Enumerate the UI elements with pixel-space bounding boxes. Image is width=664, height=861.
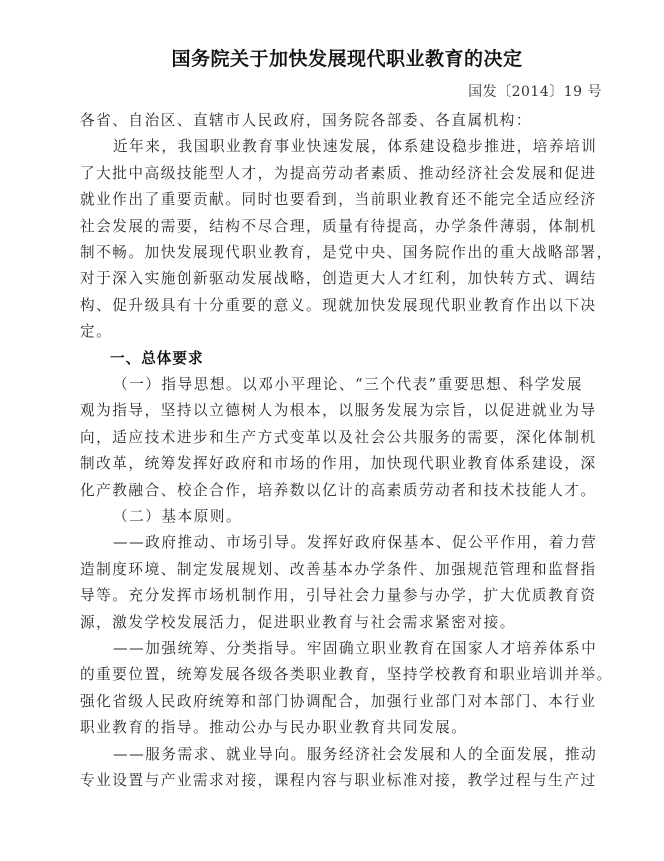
- body-text-line: 构、促升级具有十分重要的意义。现就加快发展现代职业教育作出以下决: [80, 296, 584, 316]
- body-text-line: 化产教融合、校企合作，培养数以亿计的高素质劳动者和技术技能人才。: [80, 481, 584, 501]
- body-text-line: 造制度环境、制定发展规划、改善基本办学条件、加强规范管理和监督指: [80, 560, 584, 580]
- document-title: 国务院关于加快发展现代职业教育的决定: [0, 44, 664, 71]
- body-text-line: ——政府推动、市场引导。发挥好政府保基本、促公平作用，着力营: [113, 533, 584, 553]
- body-text-line: 对于深入实施创新驱动发展战略，创造更大人才红利，加快转方式、调结: [80, 269, 584, 289]
- body-text-line: 制不畅。加快发展现代职业教育，是党中央、国务院作出的重大战略部署，: [80, 243, 584, 263]
- document-number: 国发〔2014〕19 号: [468, 81, 602, 101]
- body-text-line: （二）基本原则。: [113, 507, 584, 527]
- body-text-line: 各省、自治区、直辖市人民政府，国务院各部委、各直属机构：: [80, 111, 584, 131]
- body-text-line: 近年来，我国职业教育事业快速发展，体系建设稳步推进，培养培训: [113, 137, 584, 157]
- body-text-line: ——服务需求、就业导向。服务经济社会发展和人的全面发展，推动: [113, 745, 584, 765]
- body-text-line: ——加强统筹、分类指导。牢固确立职业教育在国家人才培养体系中: [113, 639, 584, 659]
- document-page: 国务院关于加快发展现代职业教育的决定 国发〔2014〕19 号 各省、自治区、直…: [0, 0, 664, 861]
- body-text-line: 职业教育的指导。推动公办与民办职业教育共同发展。: [80, 718, 584, 738]
- body-text-line: 制改革，统筹发挥好政府和市场的作用，加快现代职业教育体系建设，深: [80, 454, 584, 474]
- body-text-line: 就业作出了重要贡献。同时也要看到，当前职业教育还不能完全适应经济: [80, 190, 584, 210]
- body-text-line: 观为指导，坚持以立德树人为根本，以服务发展为宗旨，以促进就业为导: [80, 401, 584, 421]
- body-text-line: 强化省级人民政府统筹和部门协调配合，加强行业部门对本部门、本行业: [80, 692, 584, 712]
- body-text-line: 源，激发学校发展活力，促进职业教育与社会需求紧密对接。: [80, 613, 584, 633]
- body-text-line: 定。: [80, 322, 584, 342]
- body-text-line: 向，适应技术进步和生产方式变革以及社会公共服务的需要，深化体制机: [80, 428, 584, 448]
- body-text-line: 社会发展的需要，结构不尽合理，质量有待提高，办学条件薄弱，体制机: [80, 217, 584, 237]
- body-text-line: 了大批中高级技能型人才，为提高劳动者素质、推动经济社会发展和促进: [80, 164, 584, 184]
- section-heading: 一、总体要求: [110, 349, 614, 369]
- body-text-line: 导等。充分发挥市场机制作用，引导社会力量参与办学，扩大优质教育资: [80, 586, 584, 606]
- body-text-line: （一）指导思想。以邓小平理论、“三个代表”重要思想、科学发展: [113, 375, 584, 395]
- body-text-line: 的重要位置，统筹发展各级各类职业教育，坚持学校教育和职业培训并举。: [80, 665, 584, 685]
- body-text-line: 专业设置与产业需求对接，课程内容与职业标准对接，教学过程与生产过: [80, 771, 584, 791]
